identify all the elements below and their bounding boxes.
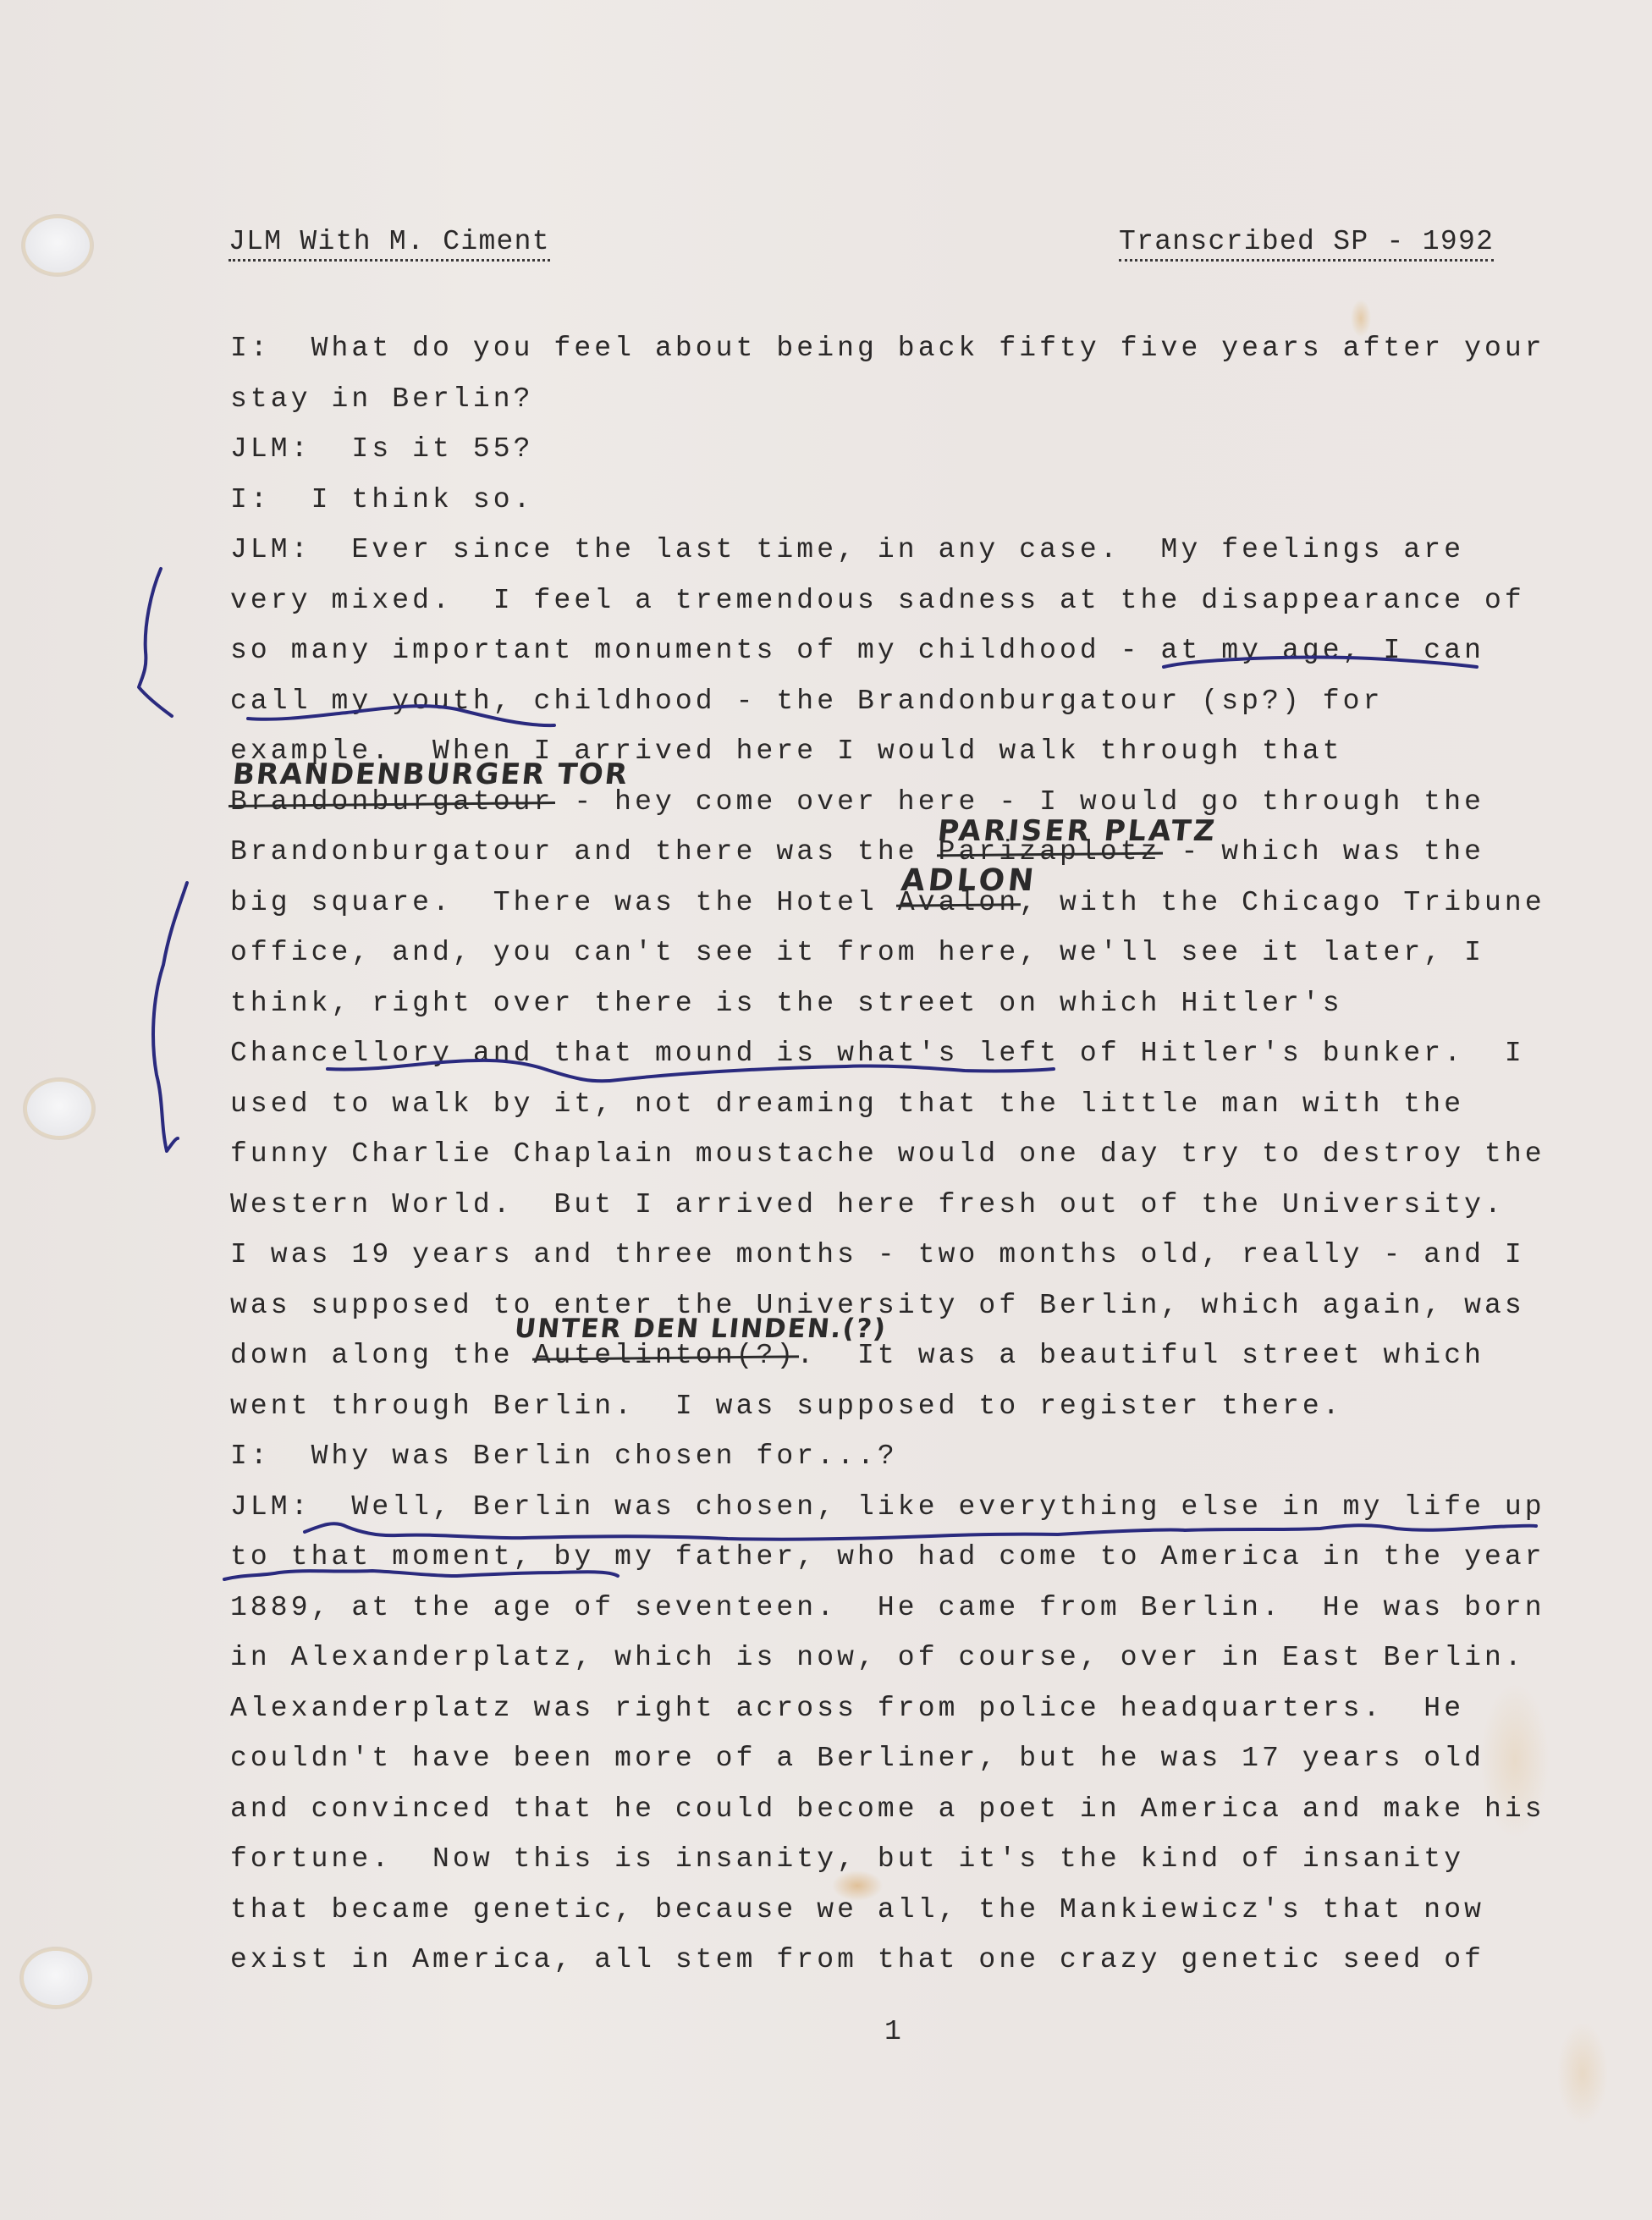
annotation-unter-den-linden: UNTER DEN LINDEN.(?)	[513, 1314, 889, 1344]
transcript-line: stay in Berlin?	[230, 374, 1545, 425]
transcript-line: JLM: Well, Berlin was chosen, like every…	[230, 1482, 1545, 1533]
header-right: Transcribed SP - 1992	[1119, 227, 1494, 262]
transcript-line: very mixed. I feel a tremendous sadness …	[230, 576, 1545, 626]
transcript-line: exist in America, all stem from that one…	[230, 1935, 1545, 1986]
transcript-body: I: What do you feel about being back fif…	[230, 323, 1545, 1986]
transcript-line: I was 19 years and three months - two mo…	[230, 1230, 1545, 1281]
page-number: 1	[884, 2016, 901, 2047]
header-left: JLM With M. Ciment	[229, 227, 550, 262]
transcript-line: couldn't have been more of a Berliner, b…	[230, 1733, 1545, 1784]
transcript-line: fortune. Now this is insanity, but it's …	[230, 1834, 1545, 1885]
transcript-line: I: I think so.	[230, 475, 1545, 526]
transcript-line: to that moment, by my father, who had co…	[230, 1532, 1545, 1583]
transcript-line: Brandonburgatour and there was the Pariz…	[230, 827, 1545, 878]
transcript-line: down along the Autelinton(?). It was a b…	[230, 1330, 1545, 1381]
punch-hole-top	[25, 218, 90, 273]
punch-hole-middle	[27, 1082, 91, 1136]
transcript-line: call my youth, childhood - the Brandonbu…	[230, 676, 1545, 727]
transcript-line: JLM: Is it 55?	[230, 424, 1545, 475]
transcript-line: so many important monuments of my childh…	[230, 625, 1545, 676]
transcript-line: JLM: Ever since the last time, in any ca…	[230, 525, 1545, 576]
transcript-line: was supposed to enter the University of …	[230, 1281, 1545, 1331]
annotation-adlon: ADLON	[900, 863, 1038, 898]
annotation-brandenburger-tor: BRANDENBURGER TOR	[231, 757, 631, 791]
transcript-line: Western World. But I arrived here fresh …	[230, 1180, 1545, 1231]
transcript-line: Alexanderplatz was right across from pol…	[230, 1683, 1545, 1734]
transcript-line: 1889, at the age of seventeen. He came f…	[230, 1583, 1545, 1633]
transcript-line: that became genetic, because we all, the…	[230, 1885, 1545, 1936]
transcript-line: funny Charlie Chaplain moustache would o…	[230, 1129, 1545, 1180]
transcript-line: office, and, you can't see it from here,…	[230, 928, 1545, 978]
transcript-line: went through Berlin. I was supposed to r…	[230, 1381, 1545, 1432]
transcript-line: used to walk by it, not dreaming that th…	[230, 1079, 1545, 1130]
annotation-pariser-platz: PARISER PLATZ	[936, 814, 1219, 848]
punch-hole-bottom	[24, 1951, 88, 2005]
transcript-line: think, right over there is the street on…	[230, 978, 1545, 1029]
transcript-line: I: Why was Berlin chosen for...?	[230, 1431, 1545, 1482]
transcript-line: Chancellory and that mound is what's lef…	[230, 1028, 1545, 1079]
transcript-line: in Alexanderplatz, which is now, of cour…	[230, 1633, 1545, 1683]
struck-through-text: Autelinton(?)	[534, 1340, 797, 1371]
transcript-line: I: What do you feel about being back fif…	[230, 323, 1545, 374]
transcript-line: big square. There was the Hotel Avalon, …	[230, 878, 1545, 928]
transcript-line: and convinced that he could become a poe…	[230, 1784, 1545, 1835]
